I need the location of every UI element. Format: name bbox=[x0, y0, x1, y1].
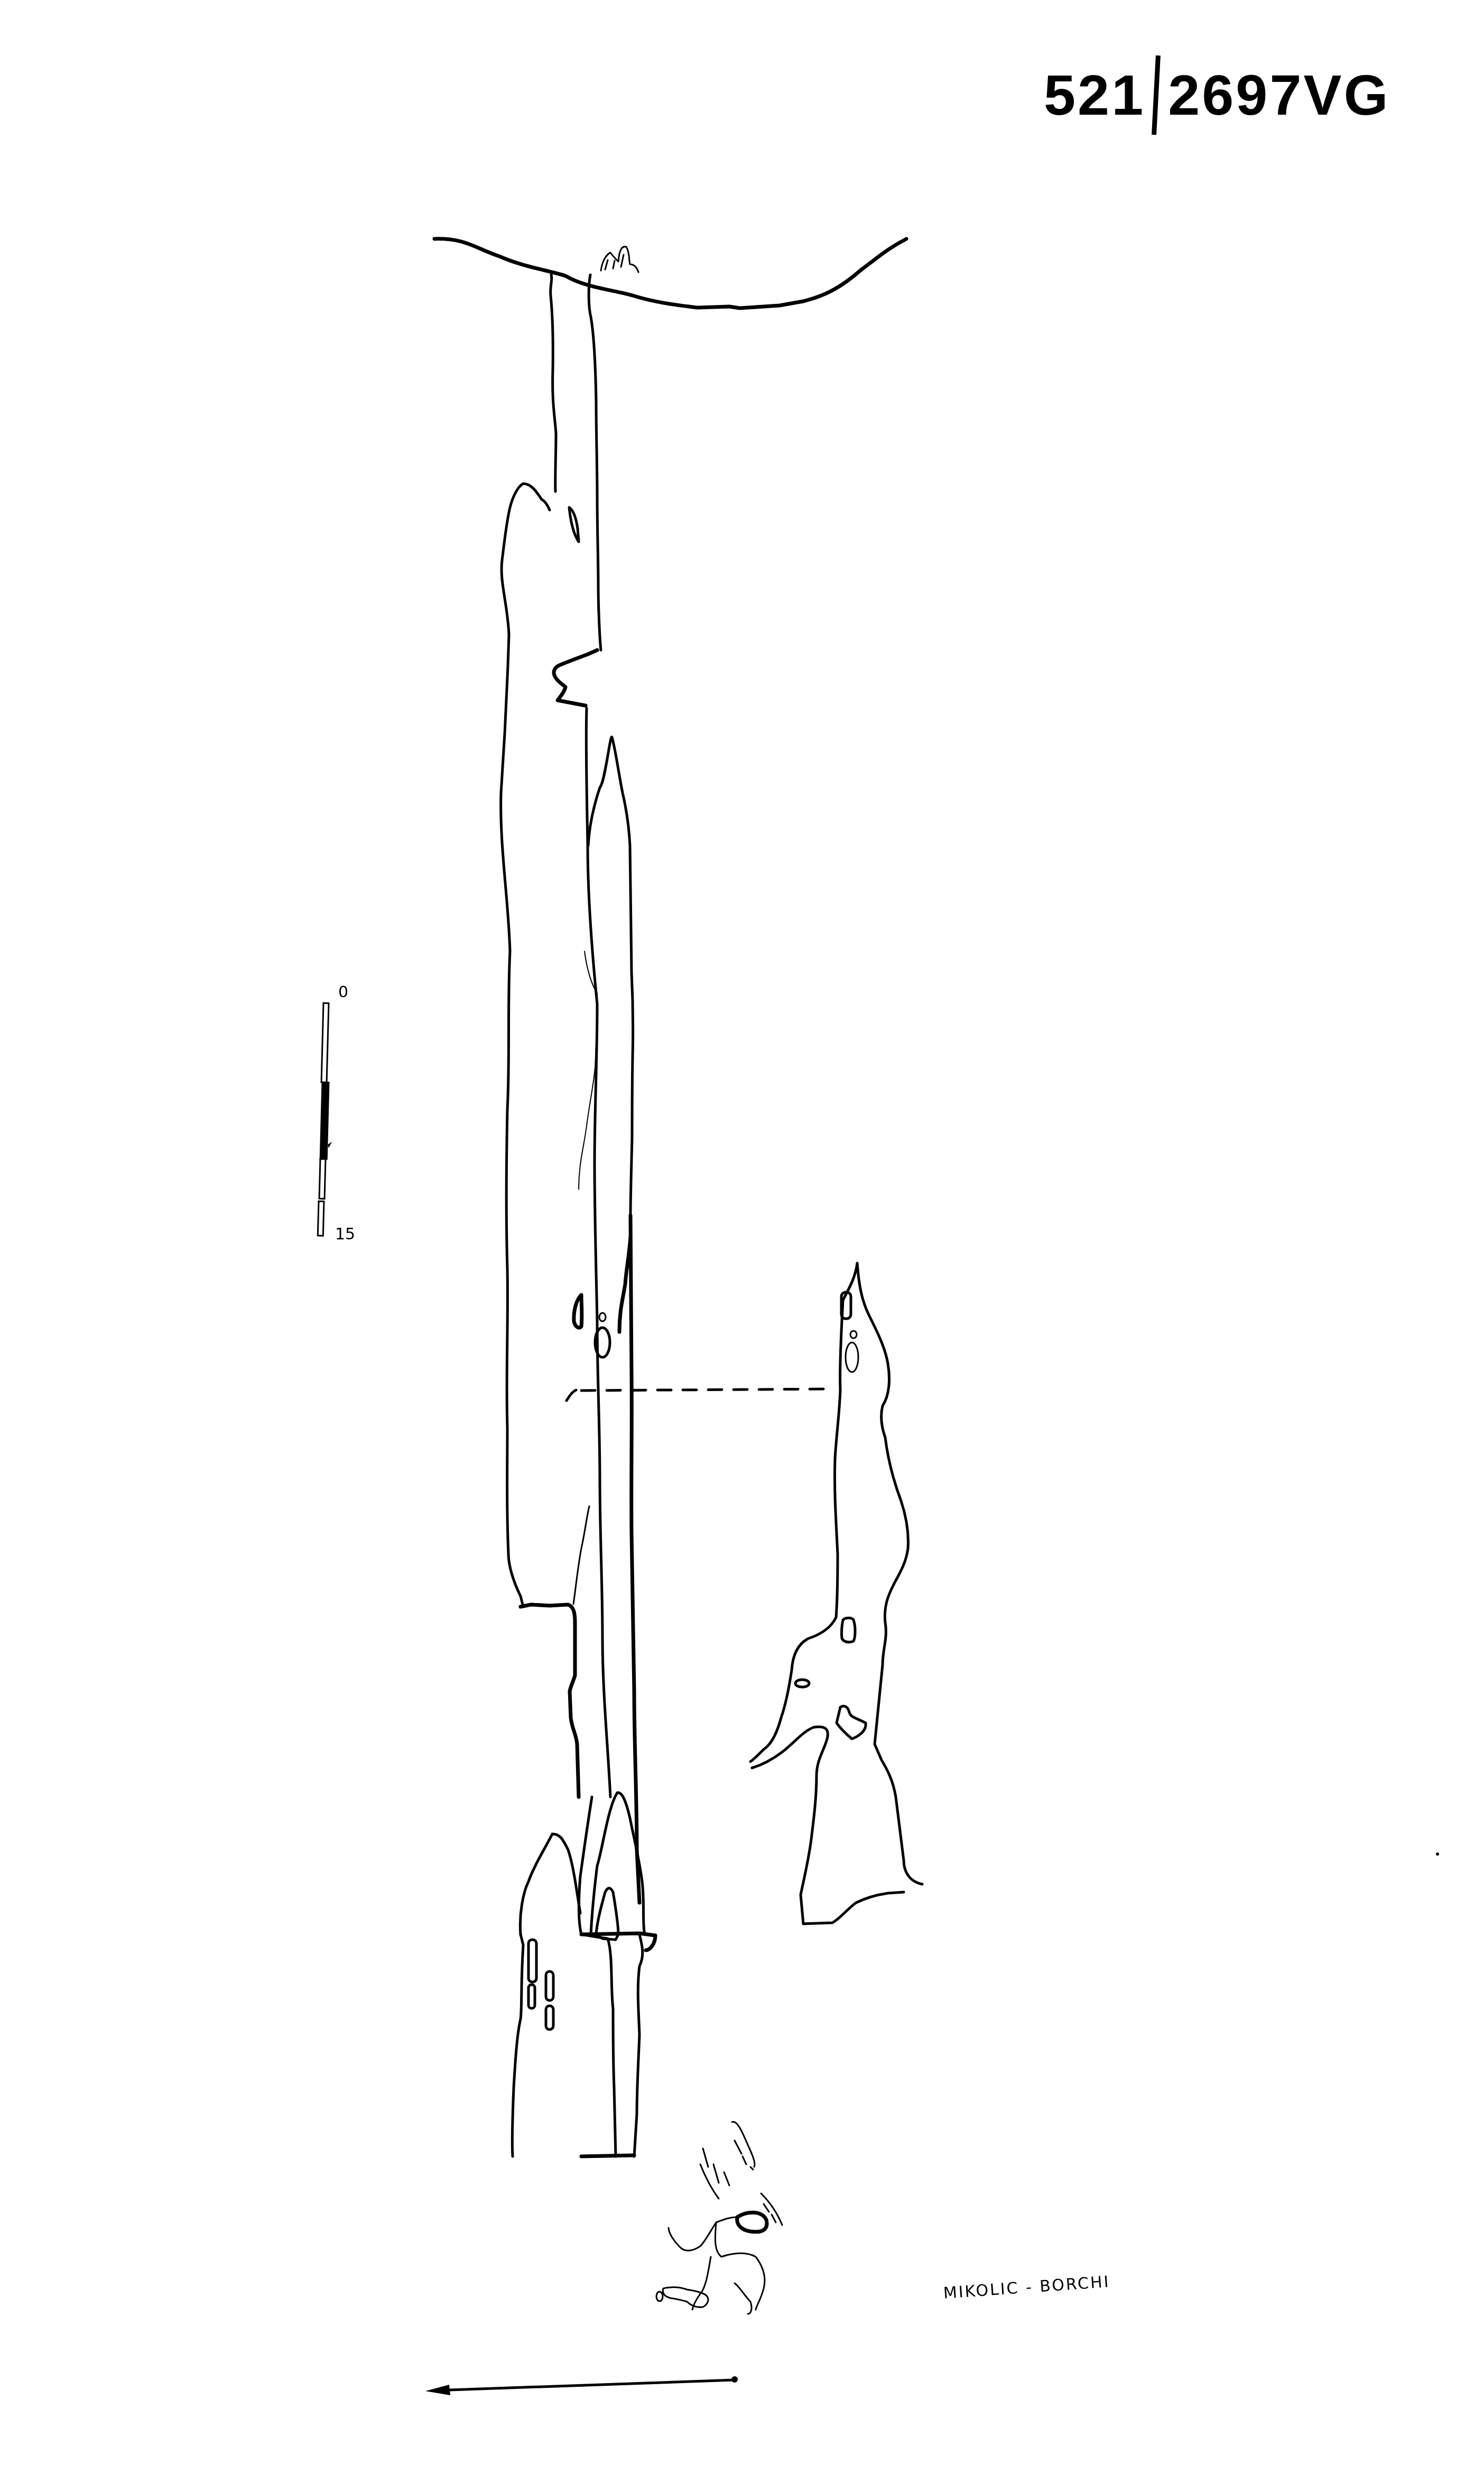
debris-block-1 bbox=[528, 1940, 536, 1982]
surface-line bbox=[434, 239, 906, 308]
connector-left-arc bbox=[567, 1390, 576, 1401]
debris-block-3 bbox=[528, 1985, 535, 2008]
scale-end-label: 15 bbox=[335, 1225, 355, 1244]
vegetation-icon bbox=[601, 247, 638, 272]
ledge-left-wall-continuation bbox=[586, 708, 610, 1797]
stray-dot bbox=[1436, 1852, 1439, 1856]
scale-bar bbox=[318, 1003, 332, 1236]
passage-bottom-rubble bbox=[581, 2155, 634, 2156]
side-cone-left bbox=[520, 1834, 580, 1934]
main-shaft-right-wall bbox=[619, 1216, 639, 1903]
upper-ledge bbox=[554, 650, 597, 706]
lower-left-passage bbox=[579, 1797, 616, 2156]
dashed-connector-line bbox=[581, 1389, 831, 1391]
scale-segment-4 bbox=[318, 1201, 324, 1236]
scale-start-label: 0 bbox=[338, 983, 348, 1002]
side-boulder-5 bbox=[795, 1680, 809, 1687]
scale-segment-3 bbox=[319, 1159, 326, 1199]
debris-block-4 bbox=[546, 2006, 553, 2030]
debris-block-2 bbox=[546, 1971, 553, 2000]
side-boulder-3 bbox=[850, 1331, 857, 1338]
survey-sheet: 5212697VG bbox=[0, 0, 1484, 2483]
plan-view bbox=[656, 2121, 782, 2314]
scale-segment-1 bbox=[321, 1003, 329, 1082]
upper-rock-spur bbox=[569, 507, 579, 542]
cave-section-drawing bbox=[0, 0, 1484, 2483]
stalactite-formation bbox=[574, 1295, 582, 1328]
entrance-shaft-left-wall bbox=[551, 275, 556, 492]
boulder-small bbox=[599, 1313, 606, 1321]
arrow-left-icon bbox=[425, 2376, 738, 2395]
side-section-outline bbox=[843, 1263, 922, 1884]
right-passage-bottom bbox=[634, 1934, 643, 2156]
lower-chamber-floor bbox=[521, 1605, 579, 1797]
side-boulder-4 bbox=[842, 1618, 855, 1642]
entrance-shaft-right-wall bbox=[589, 275, 601, 650]
side-section-left-wall bbox=[750, 1300, 843, 1762]
side-boulder-2 bbox=[846, 1342, 858, 1372]
lower-chamber-slope bbox=[573, 1506, 589, 1604]
lower-left-wall bbox=[512, 1934, 523, 2156]
main-shaft-outline bbox=[501, 484, 550, 1607]
side-boulder-6 bbox=[837, 1706, 866, 1739]
scale-segment-2 bbox=[320, 1082, 329, 1159]
scale-tick bbox=[328, 1142, 332, 1148]
